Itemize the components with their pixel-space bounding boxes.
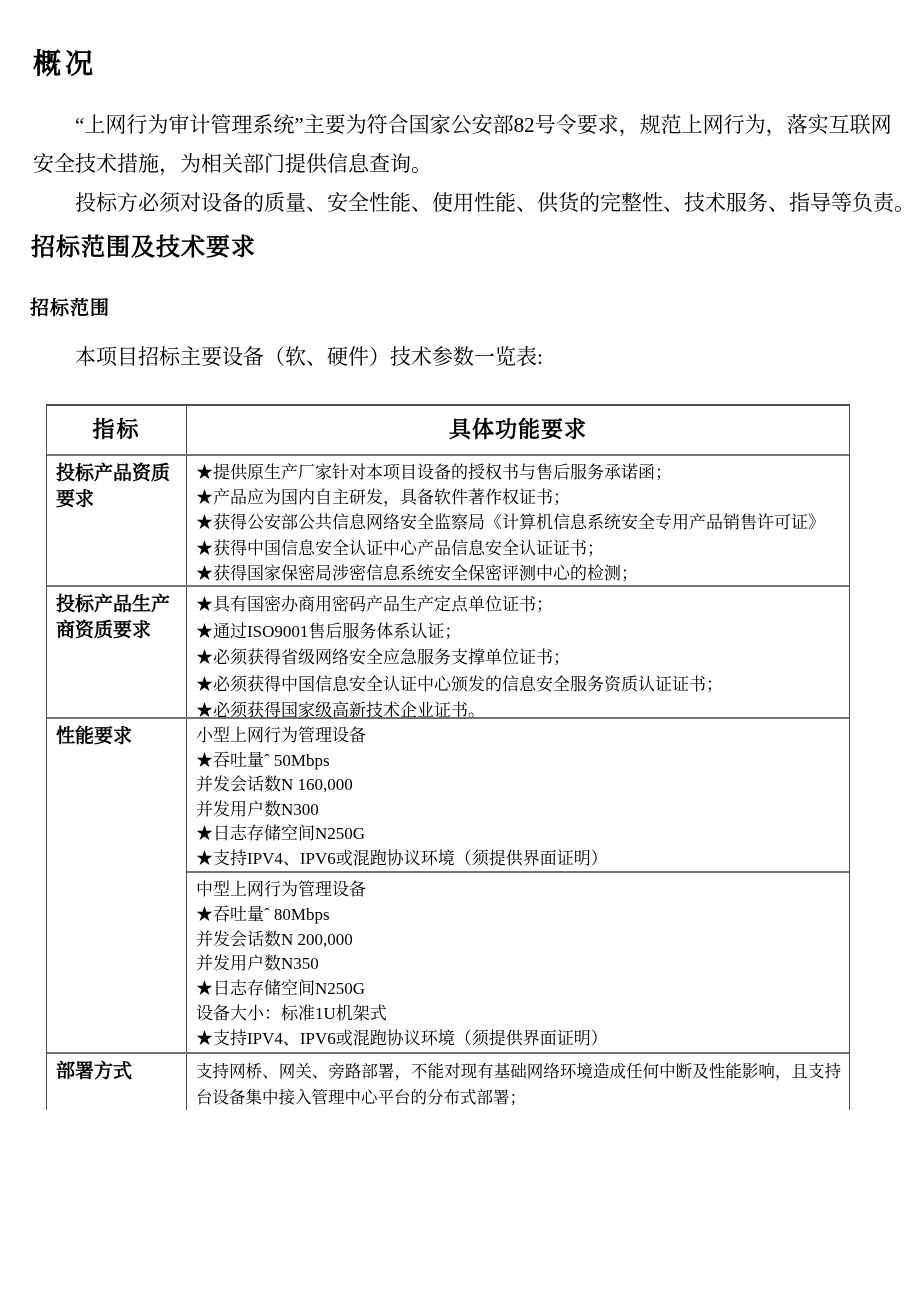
requirement-line: ★必须获得中国信息安全认证中心颁发的信息安全服务资质认证证书； xyxy=(196,672,841,699)
table-header-row: 指标 具体功能要求 xyxy=(47,406,849,456)
requirement-line: ★支持IPV4、IPV6或混跑协议环境（须提供界面证明） xyxy=(196,847,841,872)
row-label: 性能要求 xyxy=(47,719,187,1052)
requirement-line: 中型上网行为管理设备 xyxy=(196,878,841,903)
table-row-performance: 性能要求 小型上网行为管理设备 ★吞吐量ˆ 50Mbps 并发会话数N 160,… xyxy=(47,719,849,1054)
header-cell-indicator: 指标 xyxy=(47,406,187,454)
row-requirements-cell: ★提供原生产厂家针对本项目设备的授权书与售后服务承诺函； ★产品应为国内自主研发… xyxy=(187,456,849,585)
requirement-line: ★获得公安部公共信息网络安全监察局《计算机信息系统安全专用产品销售许可证》 xyxy=(196,510,841,535)
requirement-line: 小型上网行为管理设备 xyxy=(196,724,841,749)
requirement-line: 并发会话数N 200,000 xyxy=(196,928,841,953)
heading-bidding-scope: 招标范围 xyxy=(30,293,110,320)
medium-device-cell: 中型上网行为管理设备 ★吞吐量ˆ 80Mbps 并发会话数N 200,000 并… xyxy=(187,873,849,1052)
requirement-line: ★日志存储空间N250G xyxy=(196,977,841,1002)
small-device-cell: 小型上网行为管理设备 ★吞吐量ˆ 50Mbps 并发会话数N 160,000 并… xyxy=(187,719,849,873)
heading-overview: 概况 xyxy=(33,42,97,82)
requirement-line: ★必须获得国家级高新技术企业证书。 xyxy=(196,698,841,717)
requirement-line: ★通过ISO9001售后服务体系认证； xyxy=(196,619,841,646)
requirement-line: ★支持IPV4、IPV6或混跑协议环境（须提供界面证明） xyxy=(196,1027,841,1052)
requirement-line: ★获得国家保密局涉密信息系统安全保密评测中心的检测； xyxy=(196,561,841,585)
requirement-line: 支持网桥、网关、旁路部署，不能对现有基础网络环境造成任何中断及性能影响，且支持多 xyxy=(196,1059,841,1085)
responsibility-paragraph: 投标方必须对设备的质量、安全性能、使用性能、供货的完整性、技术服务、指导等负责。 xyxy=(33,190,888,217)
row-label: 部署方式 xyxy=(47,1054,187,1110)
table-row-deployment: 部署方式 支持网桥、网关、旁路部署，不能对现有基础网络环境造成任何中断及性能影响… xyxy=(47,1054,849,1110)
requirement-line: ★产品应为国内自主研发，具备软件著作权证书； xyxy=(196,485,841,510)
requirement-line: ★必须获得省级网络安全应急服务支撑单位证书； xyxy=(196,645,841,672)
row-requirements-cell: 支持网桥、网关、旁路部署，不能对现有基础网络环境造成任何中断及性能影响，且支持多… xyxy=(187,1054,849,1110)
requirement-line: ★具有国密办商用密码产品生产定点单位证书； xyxy=(196,592,841,619)
requirement-line: 设备大小：标准1U机架式 xyxy=(196,1002,841,1027)
header-cell-requirements: 具体功能要求 xyxy=(187,406,849,454)
requirement-line: ★日志存储空间N250G xyxy=(196,822,841,847)
spec-parameters-table: 指标 具体功能要求 投标产品资质要求 ★提供原生产厂家针对本项目设备的授权书与售… xyxy=(46,404,850,1110)
requirement-line: 并发用户数N350 xyxy=(196,952,841,977)
heading-scope-and-requirements: 招标范围及技术要求 xyxy=(31,227,256,262)
row-label: 投标产品生产商资质要求 xyxy=(47,587,187,717)
intro-paragraph-line-1: “上网行为审计管理系统”主要为符合国家公安部82号令要求，规范上网行为，落实互联… xyxy=(33,112,888,139)
intro-paragraph-line-2: 安全技术措施，为相关部门提供信息查询。 xyxy=(33,151,888,178)
requirement-line: ★吞吐量ˆ 50Mbps xyxy=(196,749,841,774)
requirement-line: 台设备集中接入管理中心平台的分布式部署； xyxy=(196,1085,841,1110)
document-page: 概况 “上网行为审计管理系统”主要为符合国家公安部82号令要求，规范上网行为，落… xyxy=(0,0,920,1301)
table-row-vendor-qualification: 投标产品生产商资质要求 ★具有国密办商用密码产品生产定点单位证书； ★通过ISO… xyxy=(47,587,849,719)
row-requirements-cell: ★具有国密办商用密码产品生产定点单位证书； ★通过ISO9001售后服务体系认证… xyxy=(187,587,849,717)
performance-subcells: 小型上网行为管理设备 ★吞吐量ˆ 50Mbps 并发会话数N 160,000 并… xyxy=(187,719,849,1052)
requirement-line: ★获得中国信息安全认证中心产品信息安全认证证书； xyxy=(196,536,841,561)
requirement-line: 并发用户数N300 xyxy=(196,798,841,823)
requirement-line: 并发会话数N 160,000 xyxy=(196,773,841,798)
table-intro-paragraph: 本项目招标主要设备（软、硬件）技术参数一览表: xyxy=(33,344,888,371)
requirement-line: ★提供原生产厂家针对本项目设备的授权书与售后服务承诺函； xyxy=(196,460,841,485)
row-label: 投标产品资质要求 xyxy=(47,456,187,585)
table-row-product-qualification: 投标产品资质要求 ★提供原生产厂家针对本项目设备的授权书与售后服务承诺函； ★产… xyxy=(47,456,849,587)
requirement-line: ★吞吐量ˆ 80Mbps xyxy=(196,903,841,928)
